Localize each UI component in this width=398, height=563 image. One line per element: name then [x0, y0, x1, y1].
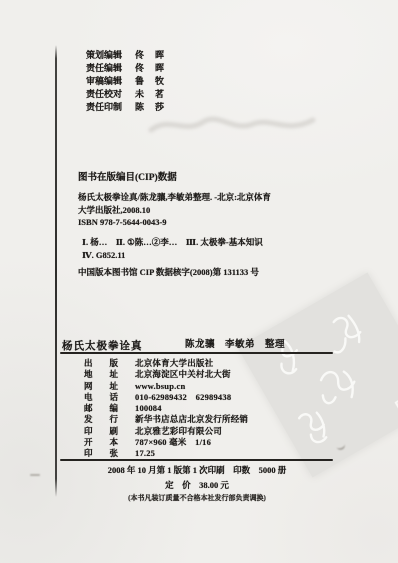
- imprint-value: 北京海淀区中关村北大街: [135, 369, 231, 380]
- cip-description-line: 杨氏太极拳诠真/陈龙骧,李敏弟整理. -北京:北京体育: [78, 191, 271, 204]
- imprint-label-char: 张: [109, 448, 118, 459]
- editor-credits-block: 策划编辑 佟 晖 责任编辑 佟 晖 审稿编辑 鲁 牧 责任校对 未 茗 责任印制…: [86, 49, 165, 114]
- imprint-label: 开本: [84, 437, 118, 448]
- seal-glyph: [313, 363, 360, 409]
- cip-classification-line: Ⅰ. 杨… Ⅱ. ①陈…②李… Ⅲ. 太极拳-基本知识: [82, 236, 263, 249]
- editor-name: 佟 晖: [135, 49, 165, 62]
- price-line: 定 价 38.00 元: [60, 479, 334, 491]
- editor-role-label: 审稿编辑: [86, 75, 122, 88]
- imprint-label-char: 址: [109, 369, 118, 380]
- imprint-label-char: 印: [84, 448, 93, 459]
- pdg-seal-watermark: PDG: [238, 273, 398, 478]
- imprint-value: 100084: [135, 403, 162, 414]
- imprint-label: 发行: [84, 414, 118, 425]
- editor-name: 陈 莎: [135, 101, 165, 114]
- imprint-label-char: 刷: [109, 426, 118, 437]
- imprint-value: 17.25: [135, 448, 155, 459]
- imprint-label-char: 版: [109, 358, 118, 369]
- imprint-row: 印张 17.25: [84, 448, 248, 459]
- imprint-value: 北京雅艺彩印有限公司: [135, 426, 222, 437]
- seal-glyph: [299, 408, 331, 445]
- imprint-row: 开本 787×960 毫米 1/16: [84, 437, 248, 448]
- imprint-row: 网址 www.bsup.cn: [84, 381, 248, 392]
- imprint-label-char: 出: [84, 358, 93, 369]
- scan-speck: [30, 474, 40, 476]
- imprint-label-char: 邮: [84, 403, 93, 414]
- imprint-label-char: 电: [84, 392, 93, 403]
- divider-rule: [60, 352, 333, 354]
- imprint-value: 新华书店总店北京发行所经销: [135, 414, 248, 425]
- imprint-value: www.bsup.cn: [135, 381, 185, 392]
- imprint-row: 邮编 100084: [84, 403, 248, 414]
- imprint-label: 地址: [84, 369, 118, 380]
- editor-name: 未 茗: [135, 88, 165, 101]
- imprint-label-char: 网: [84, 381, 93, 392]
- book-title: 杨氏太极拳诠真: [62, 341, 143, 352]
- imprint-label-char: 行: [109, 414, 118, 425]
- cip-heading: 图书在版编目(CIP)数据: [78, 169, 177, 183]
- editor-role-label: 责任校对: [86, 88, 122, 101]
- editor-role-label: 策划编辑: [86, 49, 122, 62]
- scanned-colophon-page: PDG 策划编辑 佟 晖 责任编辑 佟 晖 审稿编辑 鲁 牧 责任校对 未 茗 …: [0, 0, 398, 563]
- imprint-label-char: 本: [109, 437, 118, 448]
- imprint-value: 010-62989432 62989438: [135, 392, 231, 403]
- scan-gutter-line: [55, 45, 57, 497]
- editor-credit-row: 责任校对 未 茗: [86, 88, 165, 101]
- editor-credit-row: 审稿编辑 鲁 牧: [86, 75, 165, 88]
- imprint-block: 出版 北京体育大学出版社 地址 北京海淀区中关村北大街 网址 www.bsup.…: [84, 358, 248, 460]
- editor-role-label: 责任编辑: [86, 62, 122, 75]
- cip-classification: Ⅰ. 杨… Ⅱ. ①陈…②李… Ⅲ. 太极拳-基本知识 Ⅳ. G852.11: [82, 236, 263, 262]
- cip-description: 杨氏太极拳诠真/陈龙骧,李敏弟整理. -北京:北京体育 大学出版社,2008.1…: [78, 191, 271, 229]
- print-run-line: 2008 年 10 月第 1 版第 1 次印刷 印数 5000 册: [60, 464, 334, 476]
- book-byline: 陈龙骧 李敏弟 整理: [185, 336, 285, 350]
- cip-description-line: 大学出版社,2008.10: [78, 204, 271, 217]
- binding-quality-note: (本书凡装订质量不合格本社发行部负责调换): [60, 493, 334, 503]
- imprint-label: 网址: [84, 381, 118, 392]
- imprint-row: 发行 新华书店总店北京发行所经销: [84, 414, 248, 425]
- editor-credit-row: 责任印制 陈 莎: [86, 101, 165, 114]
- cip-isbn: ISBN 978-7-5644-0043-9: [78, 216, 271, 229]
- editor-role-label: 责任印制: [86, 101, 122, 114]
- imprint-row: 印刷 北京雅艺彩印有限公司: [84, 426, 248, 437]
- imprint-value: 北京体育大学出版社: [135, 358, 213, 369]
- imprint-label: 邮编: [84, 403, 118, 414]
- imprint-label-char: 印: [84, 426, 93, 437]
- imprint-row: 出版 北京体育大学出版社: [84, 358, 248, 369]
- imprint-label: 印张: [84, 448, 118, 459]
- imprint-label: 出版: [84, 358, 118, 369]
- cip-record-number: 中国版本图书馆 CIP 数据核字(2008)第 131133 号: [78, 266, 259, 278]
- imprint-label: 印刷: [84, 426, 118, 437]
- divider-rule: [60, 459, 333, 461]
- editor-name: 鲁 牧: [135, 75, 165, 88]
- imprint-row: 电话 010-62989432 62989438: [84, 392, 248, 403]
- imprint-row: 地址 北京海淀区中关村北大街: [84, 369, 248, 380]
- seal-glyphs: [238, 273, 398, 478]
- faint-ink-smudge: [145, 108, 320, 142]
- imprint-label-char: 址: [109, 381, 118, 392]
- imprint-label-char: 开: [84, 437, 93, 448]
- imprint-label-char: 编: [109, 403, 118, 414]
- editor-credit-row: 责任编辑 佟 晖: [86, 62, 165, 75]
- imprint-label-char: 地: [84, 369, 93, 380]
- imprint-label: 电话: [84, 392, 118, 403]
- cip-classification-line: Ⅳ. G852.11: [82, 249, 263, 262]
- editor-credit-row: 策划编辑 佟 晖: [86, 49, 165, 62]
- printing-footer: 2008 年 10 月第 1 版第 1 次印刷 印数 5000 册 定 价 38…: [60, 464, 334, 503]
- imprint-value: 787×960 毫米 1/16: [135, 437, 211, 448]
- imprint-label-char: 话: [109, 392, 118, 403]
- imprint-label-char: 发: [84, 414, 93, 425]
- editor-name: 佟 晖: [135, 62, 165, 75]
